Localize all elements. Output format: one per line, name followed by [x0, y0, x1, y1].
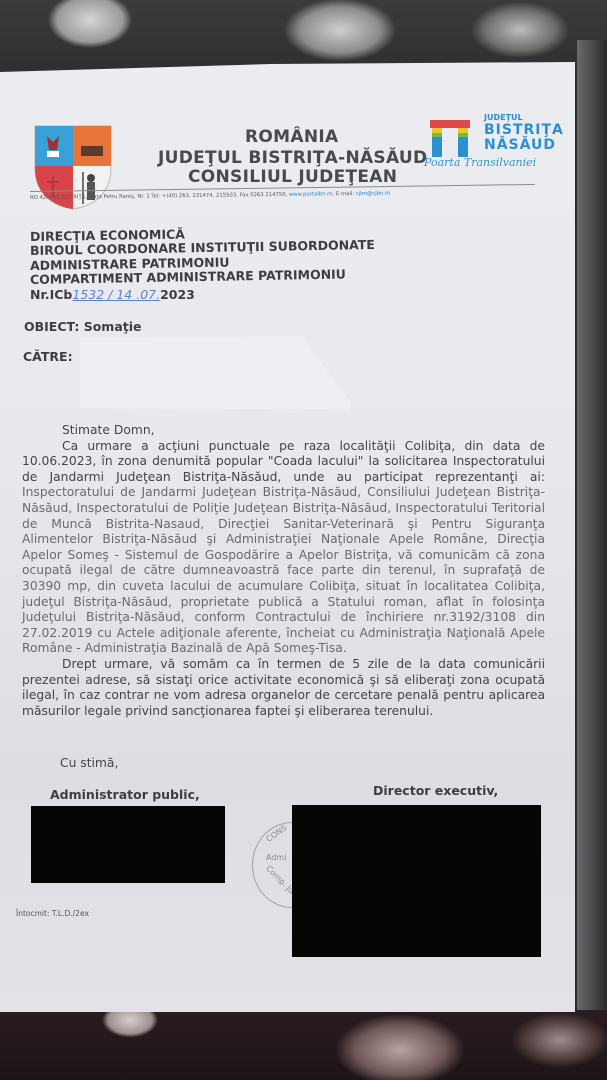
recipient-redaction-paper	[80, 336, 352, 410]
prepared-by: Întocmit: T.L.D./2ex	[16, 909, 89, 918]
header-county: JUDEŢUL BISTRIŢA-NĂSĂUD	[158, 148, 427, 168]
brand-small-text: JUDEŢUL	[484, 113, 523, 122]
email-link[interactable]: cjbn@cjbn.ro	[356, 191, 391, 197]
stamp-text-1: CONS	[264, 823, 288, 844]
header-council: CONSILIUL JUDEŢEAN	[188, 167, 397, 187]
signature-redaction-left	[31, 806, 225, 883]
signature-title-left: Administrator public,	[50, 787, 200, 802]
paragraph-2: Drept urmare, vă somăm ca în termen de 5…	[22, 657, 545, 719]
greeting: Stimate Domn,	[22, 423, 545, 439]
header-country: ROMÂNIA	[245, 127, 338, 147]
brand-name-line2: NĂSĂUD	[484, 137, 556, 153]
paragraph-1-a: Ca urmare a acţiuni punctuale pe raza lo…	[22, 439, 545, 484]
subject-line: OBIECT: Somaţie	[24, 319, 142, 334]
closing: Cu stimă,	[60, 756, 118, 770]
email-label: E-mail:	[336, 191, 354, 197]
brand-slogan: Poarta Transilvaniei	[424, 156, 536, 169]
paragraph-1: Ca urmare a acţiuni punctuale pe raza lo…	[22, 439, 545, 657]
county-brand-logo-icon	[428, 118, 472, 158]
registration-handwritten: 1532 / 14 .07.	[72, 287, 160, 302]
registration-prefix: Nr.ICb	[30, 287, 72, 302]
recipient-label: CĂTRE:	[23, 349, 73, 364]
document-page: ROMÂNIA JUDEŢUL BISTRIŢA-NĂSĂUD CONSILIU…	[0, 0, 607, 1080]
signature-redaction-right	[292, 805, 541, 957]
registration-year: 2023	[160, 287, 195, 302]
signature-title-right: Director executiv,	[373, 783, 498, 798]
brand-name-line1: BISTRIŢA	[484, 122, 564, 138]
stamp-text-2: Admi	[266, 853, 286, 862]
paragraph-1-b: Inspectoratului de Jandarmi Judeţean Bis…	[22, 485, 545, 655]
website-link[interactable]: www.portalbn.ro	[289, 191, 333, 198]
registration-number: Nr.ICb1532 / 14 .07.2023	[30, 287, 195, 302]
letter-body: Stimate Domn, Ca urmare a acţiuni punctu…	[22, 423, 545, 719]
